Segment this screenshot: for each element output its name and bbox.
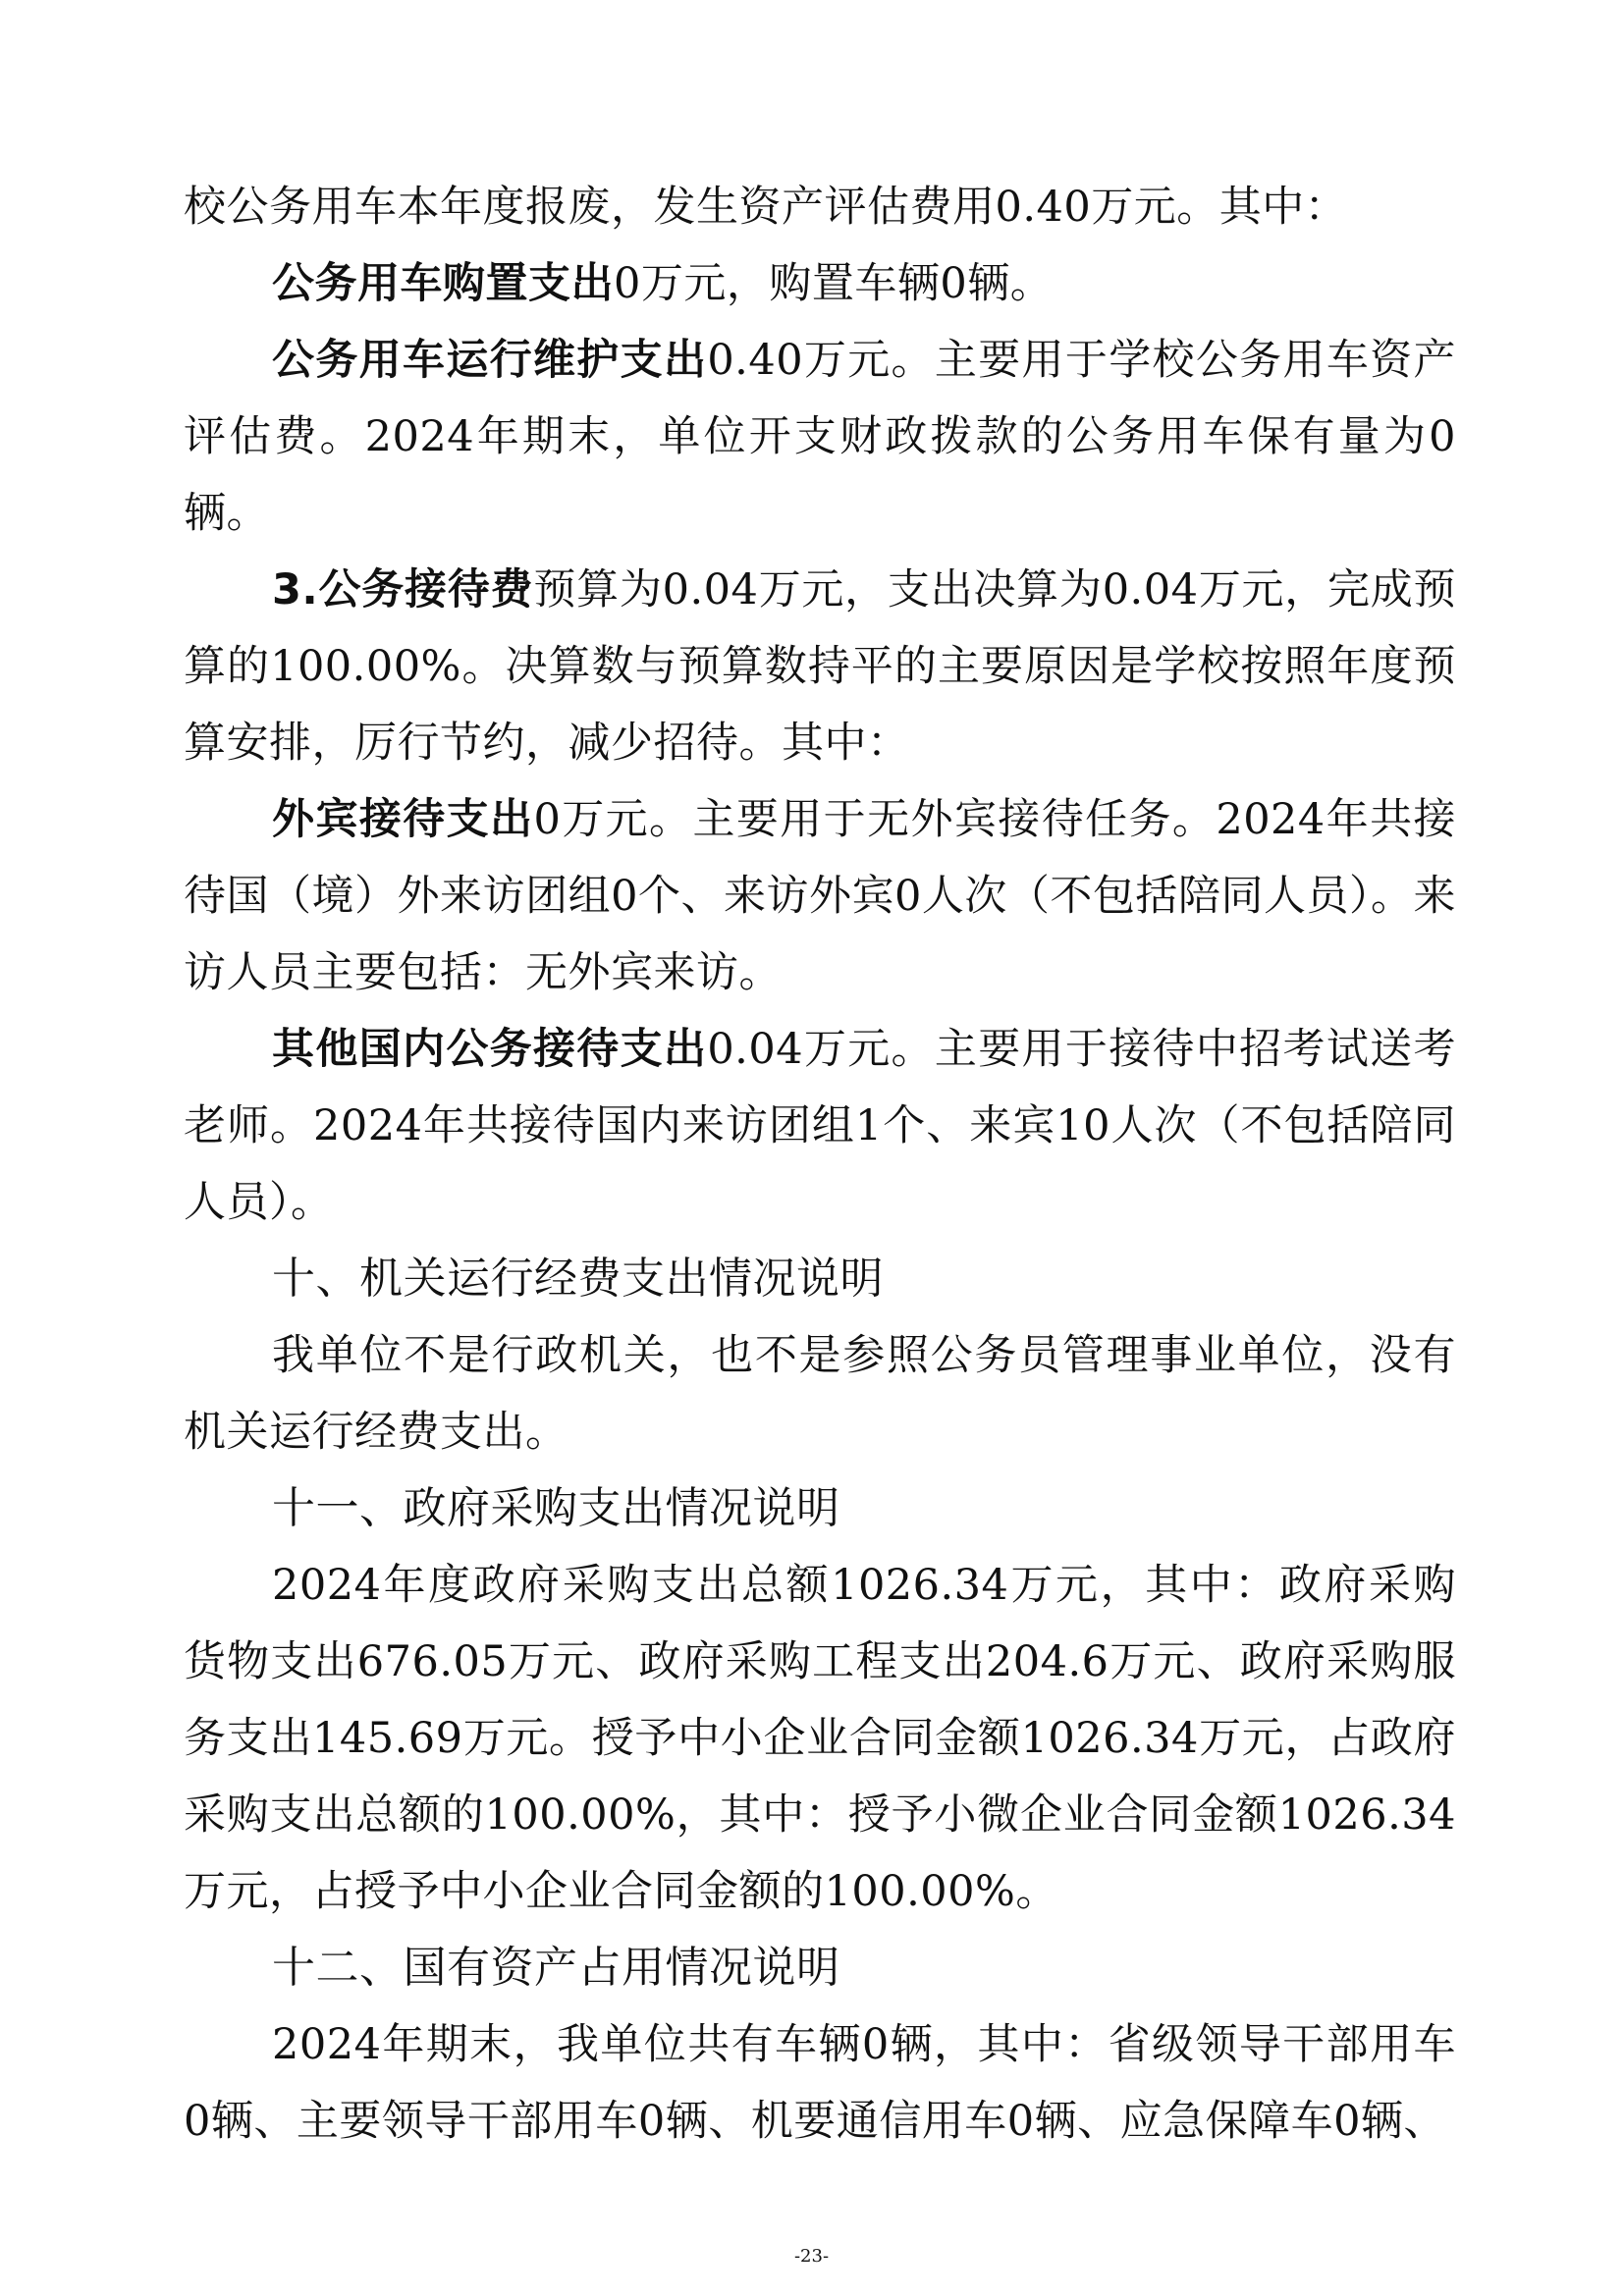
- paragraph-reception-fee: 3.公务接待费预算为0.04万元，支出决算为0.04万元，完成预算的100.00…: [184, 552, 1456, 781]
- paragraph-text: 校公务用车本年度报废，发生资产评估费用0.40万元。其中：: [184, 183, 1347, 232]
- section-heading-11: 十一、政府采购支出情况说明: [184, 1470, 1456, 1547]
- section-heading-12: 十二、国有资产占用情况说明: [184, 1930, 1456, 2006]
- paragraph-foreign-reception: 外宾接待支出0万元。主要用于无外宾接待任务。2024年共接待国（境）外来访团组0…: [184, 781, 1456, 1011]
- paragraph-vehicle-maintenance: 公务用车运行维护支出0.40万元。主要用于学校公务用车资产评估费。2024年期末…: [184, 322, 1456, 552]
- paragraph-lead-bold: 其他国内公务接待支出: [272, 1025, 707, 1074]
- paragraph-lead-bold: 3.公务接待费: [272, 565, 533, 614]
- paragraph-lead-bold: 公务用车运行维护支出: [272, 336, 707, 385]
- section-body-10: 我单位不是行政机关，也不是参照公务员管理事业单位，没有机关运行经费支出。: [184, 1317, 1456, 1470]
- section-heading-10: 十、机关运行经费支出情况说明: [184, 1241, 1456, 1317]
- paragraph-lead-bold: 公务用车购置支出: [272, 259, 614, 308]
- paragraph-vehicle-scrap: 校公务用车本年度报废，发生资产评估费用0.40万元。其中：: [184, 169, 1456, 245]
- document-page: 校公务用车本年度报废，发生资产评估费用0.40万元。其中： 公务用车购置支出0万…: [184, 169, 1456, 2160]
- paragraph-domestic-reception: 其他国内公务接待支出0.04万元。主要用于接待中招考试送考老师。2024年共接待…: [184, 1011, 1456, 1241]
- paragraph-vehicle-purchase: 公务用车购置支出0万元，购置车辆0辆。: [184, 245, 1456, 322]
- page-number: -23-: [0, 2246, 1623, 2267]
- section-body-11: 2024年度政府采购支出总额1026.34万元，其中：政府采购货物支出676.0…: [184, 1547, 1456, 1930]
- paragraph-text: 0万元，购置车辆0辆。: [614, 259, 1053, 308]
- section-body-12: 2024年期末，我单位共有车辆0辆，其中：省级领导干部用车0辆、主要领导干部用车…: [184, 2006, 1456, 2160]
- paragraph-lead-bold: 外宾接待支出: [272, 795, 533, 844]
